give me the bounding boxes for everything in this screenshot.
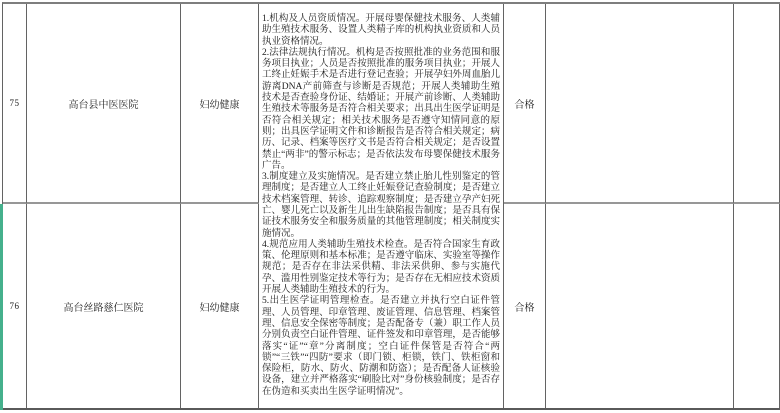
category-cell: 妇幼健康 <box>181 204 259 408</box>
result-cell: 合格 <box>504 4 546 204</box>
result-cell: 合格 <box>504 204 546 408</box>
inspection-content-cell: 1.机构及人员资质情况。开展母婴保健技术服务、人类辅助生殖技术服务、设置人类精子… <box>259 4 504 408</box>
hospital-name-cell: 高台县中医医院 <box>27 4 181 204</box>
row-number-cell: 75 <box>3 4 27 204</box>
category-label: 妇幼健康 <box>200 96 240 111</box>
category-cell: 妇幼健康 <box>181 4 259 204</box>
inspection-item: 3.制度建立及实施情况。是否建立禁止胎儿性别鉴定的管理制度；是否建立人工终止妊娠… <box>262 172 500 240</box>
hospital-name-cell: 高台丝路慈仁医院 <box>27 204 181 408</box>
document-page: 75 高台县中医医院 妇幼健康 1.机构及人员资质情况。开展母婴保健技术服务、人… <box>0 0 780 413</box>
inspection-item: 5.出生医学证明管理检查。是否建立并执行空白证件管理、人员管理、印章管理、废证管… <box>262 296 500 398</box>
inspection-results-table: 75 高台县中医医院 妇幼健康 1.机构及人员资质情况。开展母婴保健技术服务、人… <box>2 2 780 410</box>
row-number: 75 <box>10 98 20 108</box>
empty-cell <box>546 4 734 204</box>
hospital-name: 高台县中医医院 <box>69 96 139 111</box>
result-badge: 合格 <box>515 96 535 111</box>
inspection-item: 2.法律法规执行情况。机构是否按照批准的业务范围和服务项目执业；人员是否按照批准… <box>262 48 500 172</box>
empty-cell <box>734 4 780 204</box>
inspection-item: 4.规范应用人类辅助生殖技术检查。是否符合国家生育政策、伦理原则和基本标准；是否… <box>262 240 500 296</box>
row-highlight-edge <box>0 204 3 410</box>
result-badge: 合格 <box>515 299 535 314</box>
hospital-name: 高台丝路慈仁医院 <box>64 299 144 314</box>
row-number-cell: 76 <box>3 204 27 408</box>
empty-cell <box>734 204 780 408</box>
empty-cell <box>546 204 734 408</box>
row-number: 76 <box>10 301 20 311</box>
category-label: 妇幼健康 <box>200 299 240 314</box>
inspection-content: 1.机构及人员资质情况。开展母婴保健技术服务、人类辅助生殖技术服务、设置人类精子… <box>259 14 503 398</box>
inspection-item: 1.机构及人员资质情况。开展母婴保健技术服务、人类辅助生殖技术服务、设置人类精子… <box>262 14 500 48</box>
